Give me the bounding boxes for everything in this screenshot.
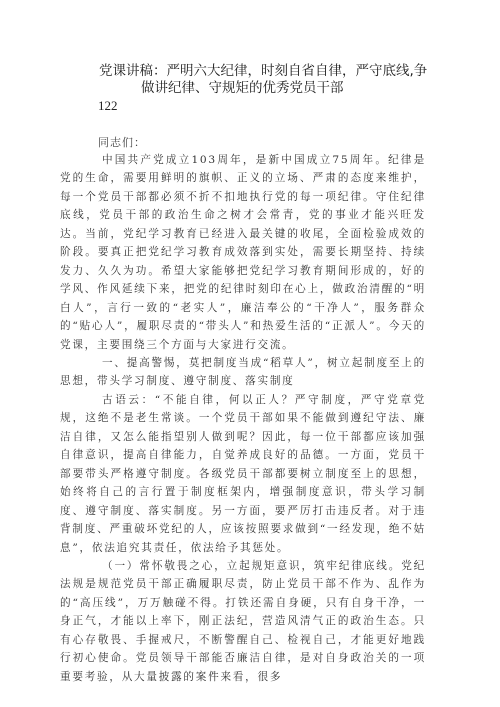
document-body: 中国共产党成立103周年，是新中国成立75周年。纪律是党的生命，需要用鲜明的旗帜…: [60, 151, 426, 686]
paragraph-quote: 古语云：“不能自律，何以正人？严守制度，严守党章党规，这绝不是老生常谈。一个党员…: [60, 391, 426, 557]
greeting: 同志们：: [98, 134, 146, 150]
section-heading-1: 一、提高警惕，莫把制度当成“稻草人”，树立起制度至上的思想，带头学习制度、遵守制…: [60, 354, 426, 391]
document-number: 122: [98, 98, 118, 114]
subsection-1: （一）常怀敬畏之心，立起规矩意识，筑牢纪律底线。党纪法规是规范党员干部正确履职尽…: [60, 557, 426, 686]
paragraph-intro: 中国共产党成立103周年，是新中国成立75周年。纪律是党的生命，需要用鲜明的旗帜…: [60, 151, 426, 354]
document-title-line-2: 做讲纪律、守规矩的优秀党员干部: [141, 76, 344, 96]
